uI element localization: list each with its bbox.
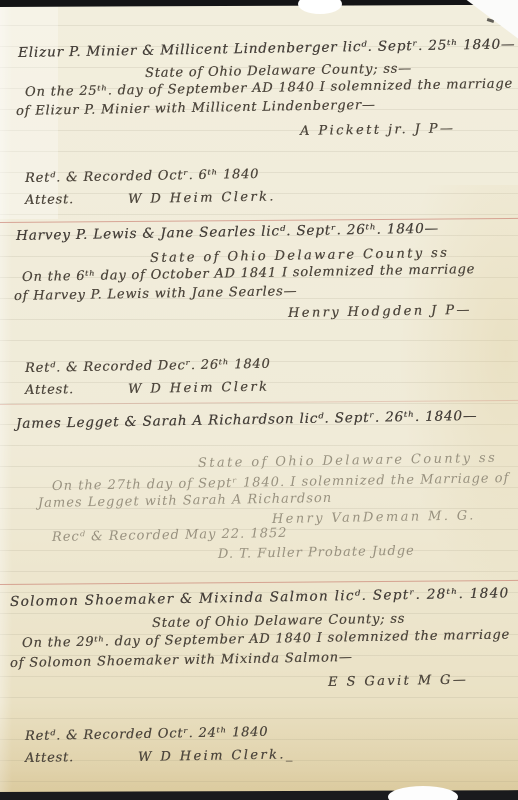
entry-1-body-line-1: On the 25ᵗʰ. day of September AD 1840 I … xyxy=(25,77,513,99)
entry-4-body-line-2: of Solomon Shoemaker with Mixinda Salmon… xyxy=(10,651,353,670)
entry-1-attest-label: Attest. xyxy=(25,193,74,207)
entry-4-state-line: State of Ohio Delaware County; ss xyxy=(152,613,405,630)
entry-3-probate-signature: D. T. Fuller Probate Judge xyxy=(218,545,415,561)
entry-3-recorded-line: Recᵈ & Recorded May 22. 1852 xyxy=(52,527,288,544)
entry-2-return-line: Retᵈ. & Recorded Decʳ. 26ᵗʰ 1840 xyxy=(25,358,271,375)
entry-1-state-line: State of Ohio Delaware County; ss— xyxy=(145,62,412,80)
entry-1-body-line-2: of Elizur P. Minier with Millicent Linde… xyxy=(16,99,376,118)
entry-2-attest-label: Attest. xyxy=(25,383,74,397)
ledger-page: Elizur P. Minier & Millicent Lindenberge… xyxy=(0,5,518,793)
entry-1-return-line: Retᵈ. & Recorded Octʳ. 6ᵗʰ 1840 xyxy=(25,168,259,185)
entry-1-officiant-signature: A Pickett jr. J P— xyxy=(300,122,455,138)
entry-4-heading: Solomon Shoemaker & Mixinda Salmon licᵈ.… xyxy=(10,587,510,609)
entry-2-clerk-signature: W D Heim Clerk xyxy=(128,381,269,396)
entry-1-clerk-signature: W D Heim Clerk. xyxy=(128,190,276,206)
entry-2-body-line-2: of Harvey P. Lewis with Jane Searles— xyxy=(14,285,297,303)
entry-4-officiant-signature: E S Gavit M G— xyxy=(328,674,468,689)
entry-4-body-line-1: On the 29ᵗʰ. day of September AD 1840 I … xyxy=(22,628,510,650)
entry-1-heading: Elizur P. Minier & Millicent Lindenberge… xyxy=(18,38,515,60)
entry-2-officiant-signature: Henry Hodgden J P— xyxy=(288,304,472,320)
entry-4-clerk-signature: W D Heim Clerk._ xyxy=(138,748,295,764)
entry-3-officiant-signature: Henry VanDeman M. G. xyxy=(272,509,476,526)
entry-4-attest-label: Attest. xyxy=(25,751,74,765)
entry-3-body-line-2: James Legget with Sarah A Richardson xyxy=(38,492,332,510)
scanned-document: Elizur P. Minier & Millicent Lindenberge… xyxy=(0,0,518,800)
entry-2-heading: Harvey P. Lewis & Jane Searles licᵈ. Sep… xyxy=(16,223,439,244)
